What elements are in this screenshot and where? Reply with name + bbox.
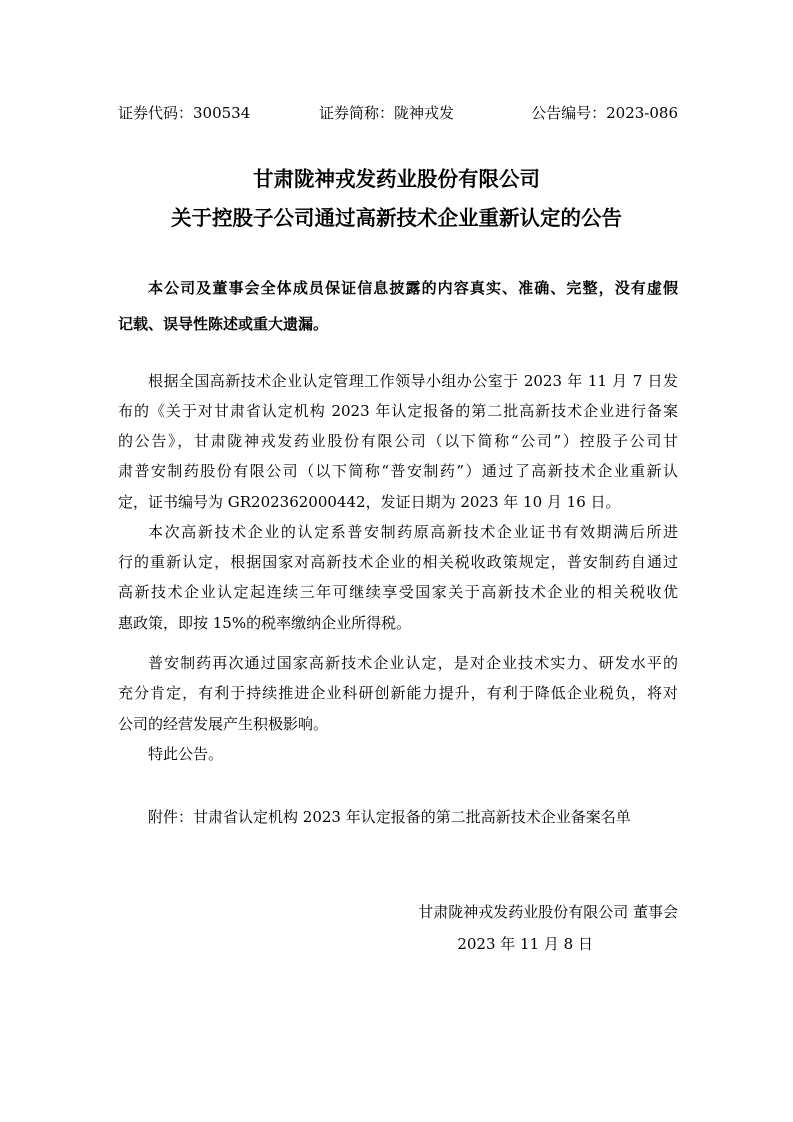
paragraph-line: 肃普安制药股份有限公司（以下简称“普安制药”）通过了高新技术企业重新认 — [118, 459, 678, 483]
stock-abbreviation: 证券简称：陇神戎发 — [319, 102, 454, 124]
disclaimer-line: 本公司及董事会全体成员保证信息披露的内容真实、准确、完整，没有虚假 — [118, 276, 678, 300]
paragraph-line: 普安制药再次通过国家高新技术企业认定，是对企业技术实力、研发水平的 — [118, 651, 678, 675]
closing-line: 特此公告。 — [118, 742, 678, 766]
company-title: 甘肃陇神戎发药业股份有限公司 — [0, 164, 793, 194]
paragraph-line: 充分肯定，有利于持续推进企业科研创新能力提升，有利于降低企业税负，将对 — [118, 681, 678, 705]
signature-date: 2023 年 11 月 8 日 — [457, 932, 593, 956]
paragraph-line: 高新技术企业认定起连续三年可继续享受国家关于高新技术企业的相关税收优 — [118, 580, 678, 604]
paragraph-line: 定，证书编号为 GR202362000442，发证日期为 2023 年 10 月… — [118, 490, 678, 514]
document-header: 证券代码：300534 证券简称：陇神戎发 公告编号：2023-086 — [118, 102, 678, 124]
paragraph-line: 根据全国高新技术企业认定管理工作领导小组办公室于 2023 年 11 月 7 日… — [118, 369, 678, 393]
signature-company: 甘肃陇神戎发药业股份有限公司 董事会 — [418, 900, 678, 924]
attachment-line: 附件：甘肃省认定机构 2023 年认定报备的第二批高新技术企业备案名单 — [118, 805, 678, 829]
paragraph-line: 的公告》，甘肃陇神戎发药业股份有限公司（以下简称“公司”）控股子公司甘 — [118, 429, 678, 453]
paragraph-line: 布的《关于对甘肃省认定机构 2023 年认定报备的第二批高新技术企业进行备案 — [118, 399, 678, 423]
announcement-number: 公告编号：2023-086 — [531, 102, 678, 124]
paragraph-line: 公司的经营发展产生积极影响。 — [118, 712, 678, 736]
paragraph-line: 本次高新技术企业的认定系普安制药原高新技术企业证书有效期满后所进 — [118, 520, 678, 544]
announcement-title: 关于控股子公司通过高新技术企业重新认定的公告 — [0, 203, 793, 233]
document-page: 证券代码：300534 证券简称：陇神戎发 公告编号：2023-086 甘肃陇神… — [0, 0, 793, 1122]
paragraph-line: 惠政策，即按 15%的税率缴纳企业所得税。 — [118, 611, 678, 635]
stock-code: 证券代码：300534 — [118, 102, 250, 124]
disclaimer-line: 记载、误导性陈述或重大遗漏。 — [118, 312, 678, 336]
paragraph-line: 行的重新认定，根据国家对高新技术企业的相关税收政策规定，普安制药自通过 — [118, 550, 678, 574]
